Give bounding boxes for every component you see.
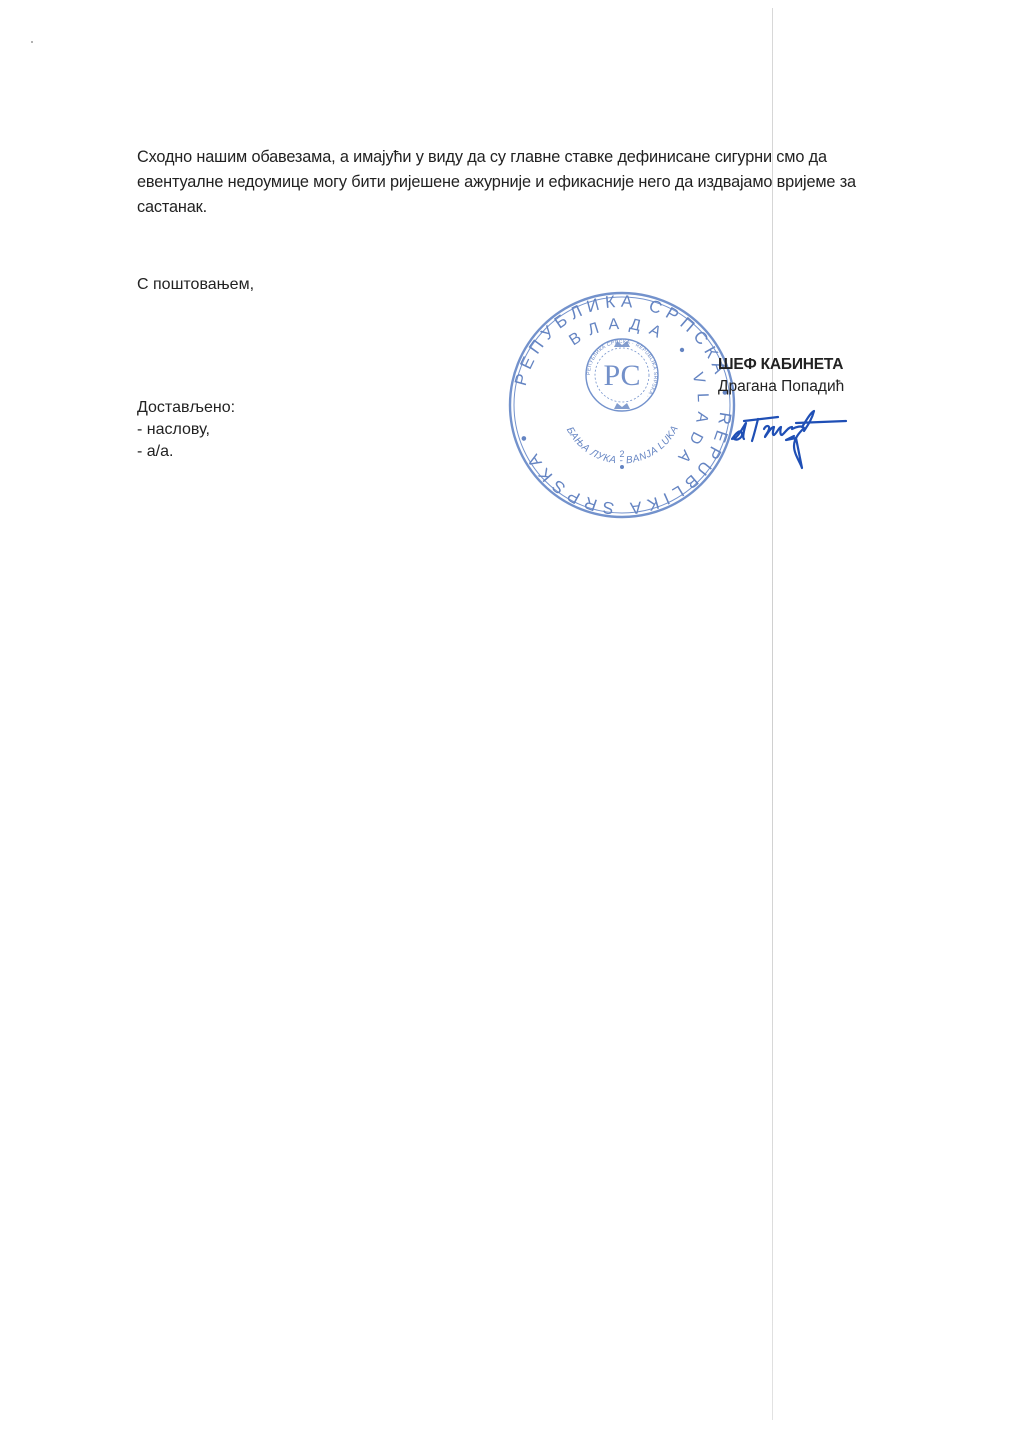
svg-text:РС: РС [603,359,640,392]
closing-salutation: С поштовањем, [137,276,254,294]
official-seal-icon: РЕПУБЛИКА СРПСКА • REPUBLIKA SRPSKA • ВЛ… [506,285,738,525]
handwritten-signature-icon [728,405,848,485]
document-page: Сходно нашим обавезама, а имајући у виду… [0,0,1024,1448]
scan-speck [31,41,33,43]
svg-text:БАЊА ЛУКА - BANJA LUKA: БАЊА ЛУКА - BANJA LUKA [564,424,681,467]
svg-text:2: 2 [619,449,624,459]
signatory-name: Драгана Попадић [718,376,844,398]
signatory-block: ШЕФ КАБИНЕТА Драгана Попадић [718,354,844,398]
signatory-title: ШЕФ КАБИНЕТА [718,354,844,376]
delivered-item: - наслову, [137,419,235,441]
delivered-to-list: Достављено: - наслову, - а/а. [137,397,235,463]
body-paragraph: Сходно нашим обавезама, а имајући у виду… [137,145,897,220]
delivered-heading: Достављено: [137,397,235,419]
delivered-item: - а/а. [137,441,235,463]
body-paragraph-text: Сходно нашим обавезама, а имајући у виду… [137,145,897,220]
